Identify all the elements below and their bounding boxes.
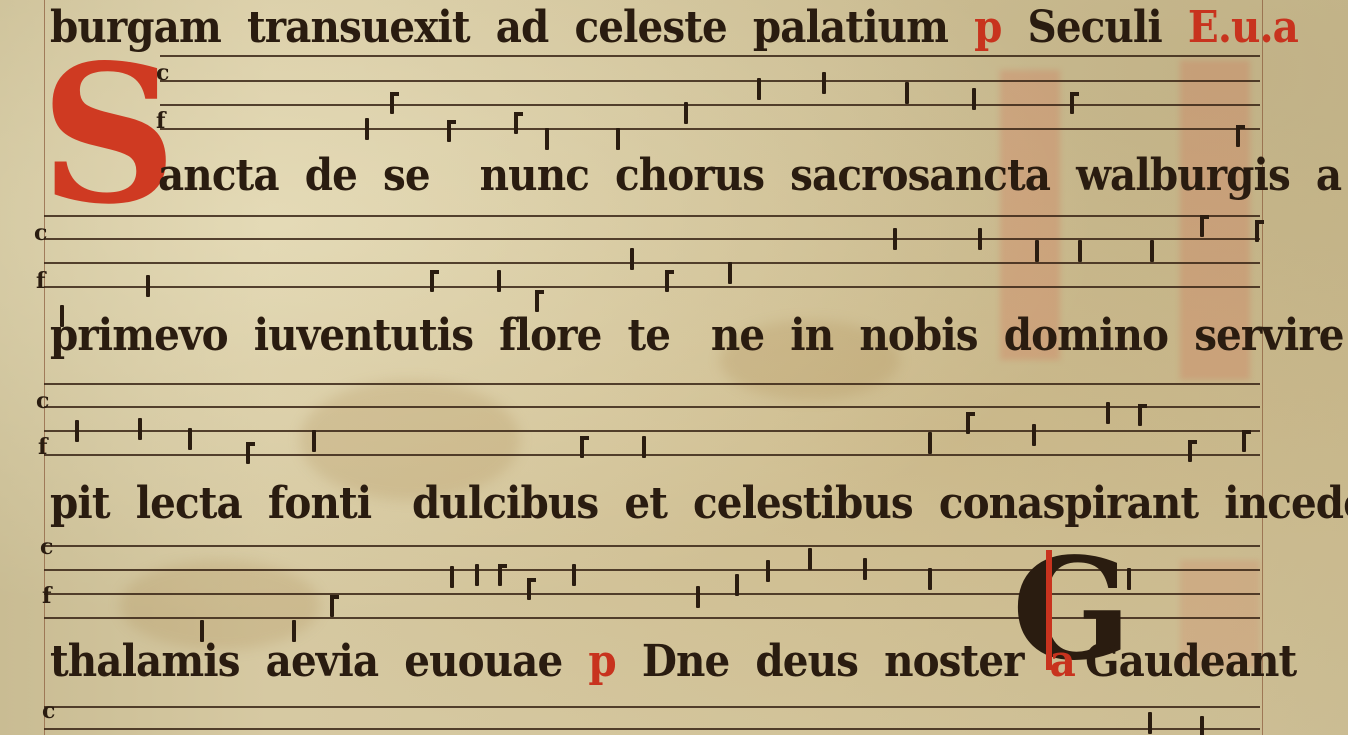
- word: celestibus: [693, 478, 913, 529]
- f-clef: f: [36, 270, 45, 292]
- neume: [972, 88, 976, 110]
- c-clef: c: [36, 390, 49, 412]
- neume: [757, 78, 761, 100]
- text-line-1: burgam transuexit ad celeste palatium p …: [50, 2, 1311, 53]
- word: palatium: [753, 2, 948, 53]
- word: incedere: [1224, 478, 1348, 529]
- word: celeste: [574, 2, 726, 53]
- word: servire: [1194, 310, 1343, 361]
- c-clef: c: [40, 536, 53, 558]
- staff-line: [44, 706, 1260, 708]
- neume: [330, 595, 334, 617]
- neume: [390, 92, 394, 114]
- staff-line: [44, 454, 1260, 456]
- word: et: [624, 478, 667, 529]
- text-line-3: primevo iuventutis flore te ne in nobis …: [50, 310, 1348, 361]
- neume: [75, 420, 79, 442]
- word: de: [305, 150, 357, 201]
- rubric-psalm-marker: p: [974, 2, 1001, 53]
- text-line-4: pit lecta fonti dulcibus et celestibus c…: [50, 478, 1348, 529]
- word: nobis: [859, 310, 977, 361]
- text-line-5-final: Gaudeant: [1085, 636, 1309, 687]
- neume: [928, 432, 932, 454]
- neume: [928, 568, 932, 590]
- neume: [580, 436, 584, 458]
- neume: [365, 118, 369, 140]
- word: in: [790, 310, 833, 361]
- manuscript-page: c f c f c f c f c: [0, 0, 1348, 735]
- word: domino: [1004, 310, 1168, 361]
- word: flore: [499, 310, 601, 361]
- word: noster: [884, 636, 1023, 687]
- right-ruling-line: [1262, 0, 1263, 735]
- word: Seculi: [1028, 2, 1162, 53]
- neume: [1255, 220, 1259, 242]
- neume: [1106, 402, 1110, 424]
- f-clef: f: [42, 585, 51, 607]
- neume: [475, 564, 479, 586]
- text-line-2: ancta de se nunc chorus sacrosancta walb…: [158, 150, 1348, 201]
- staff-line: [160, 80, 1260, 82]
- word: deus: [755, 636, 858, 687]
- rubric-psalm-marker: p: [588, 636, 615, 687]
- word: iuventutis: [254, 310, 473, 361]
- neume: [642, 436, 646, 458]
- neume: [630, 248, 634, 270]
- neume: [1150, 240, 1154, 262]
- rubric-antiphon-marker: a: [1050, 636, 1075, 687]
- neume: [1200, 215, 1204, 237]
- neume: [138, 418, 142, 440]
- word: nunc: [480, 150, 589, 201]
- word: aevia: [266, 636, 379, 687]
- neume: [246, 442, 250, 464]
- neume: [808, 548, 812, 570]
- staff-line: [44, 728, 1260, 730]
- c-clef: c: [42, 700, 55, 722]
- neume: [1138, 404, 1142, 426]
- word: thalamis: [50, 636, 240, 687]
- neume: [1236, 125, 1240, 147]
- neume: [735, 574, 739, 596]
- neume: [766, 560, 770, 582]
- staff-line: [160, 128, 1260, 130]
- neume: [312, 430, 316, 452]
- staff-line: [44, 262, 1260, 264]
- decorated-initial-s: S: [40, 60, 152, 220]
- word: Dne: [642, 636, 730, 687]
- neume: [665, 270, 669, 292]
- neume: [535, 290, 539, 312]
- neume: [497, 270, 501, 292]
- neume: [514, 112, 518, 134]
- word: pit: [50, 478, 110, 529]
- neume: [728, 262, 732, 284]
- neume: [893, 228, 897, 250]
- word: euouae: [404, 636, 562, 687]
- neume: [863, 558, 867, 580]
- neume: [450, 566, 454, 588]
- neume: [572, 564, 576, 586]
- neume: [188, 428, 192, 450]
- neume: [545, 128, 549, 150]
- word: primevo: [50, 310, 228, 361]
- word: se: [383, 150, 430, 201]
- rubric-euouae: E.u.a: [1188, 2, 1298, 53]
- neume: [966, 412, 970, 434]
- word: chorus: [615, 150, 764, 201]
- staff-line: [160, 104, 1260, 106]
- neume: [1035, 240, 1039, 262]
- neume: [1148, 712, 1152, 734]
- neume: [696, 586, 700, 608]
- staff-line: [44, 430, 1260, 432]
- neume: [822, 72, 826, 94]
- neume: [1070, 92, 1074, 114]
- word: Gaudeant: [1085, 636, 1296, 687]
- neume: [616, 128, 620, 150]
- neume: [1078, 240, 1082, 262]
- word: ancta: [158, 150, 279, 201]
- staff-line: [44, 383, 1260, 385]
- word: sacrosancta: [790, 150, 1050, 201]
- word: te: [627, 310, 670, 361]
- f-clef: f: [38, 436, 47, 458]
- neume: [527, 578, 531, 600]
- word: burgam: [50, 2, 221, 53]
- text-line-5: thalamis aevia euouae p Dne deus noster …: [50, 636, 1088, 687]
- word: walburgis: [1076, 150, 1290, 201]
- staff-line: [44, 215, 1260, 217]
- staff-line: [44, 406, 1260, 408]
- neume: [1032, 424, 1036, 446]
- neume: [978, 228, 982, 250]
- neume: [1188, 440, 1192, 462]
- neume: [498, 564, 502, 586]
- word: ad: [496, 2, 549, 53]
- word: conaspirant: [939, 478, 1198, 529]
- word: dulcibus: [412, 478, 598, 529]
- staff-line: [160, 55, 1260, 57]
- neume: [1200, 716, 1204, 735]
- word: transuexit: [247, 2, 470, 53]
- neume: [447, 120, 451, 142]
- staff-line: [44, 286, 1260, 288]
- word: ne: [711, 310, 764, 361]
- neume: [905, 82, 909, 104]
- word: a: [1316, 150, 1341, 201]
- neume: [430, 270, 434, 292]
- neume: [146, 275, 150, 297]
- neume: [1242, 430, 1246, 452]
- word: fonti: [268, 478, 371, 529]
- neume: [684, 102, 688, 124]
- word: lecta: [136, 478, 242, 529]
